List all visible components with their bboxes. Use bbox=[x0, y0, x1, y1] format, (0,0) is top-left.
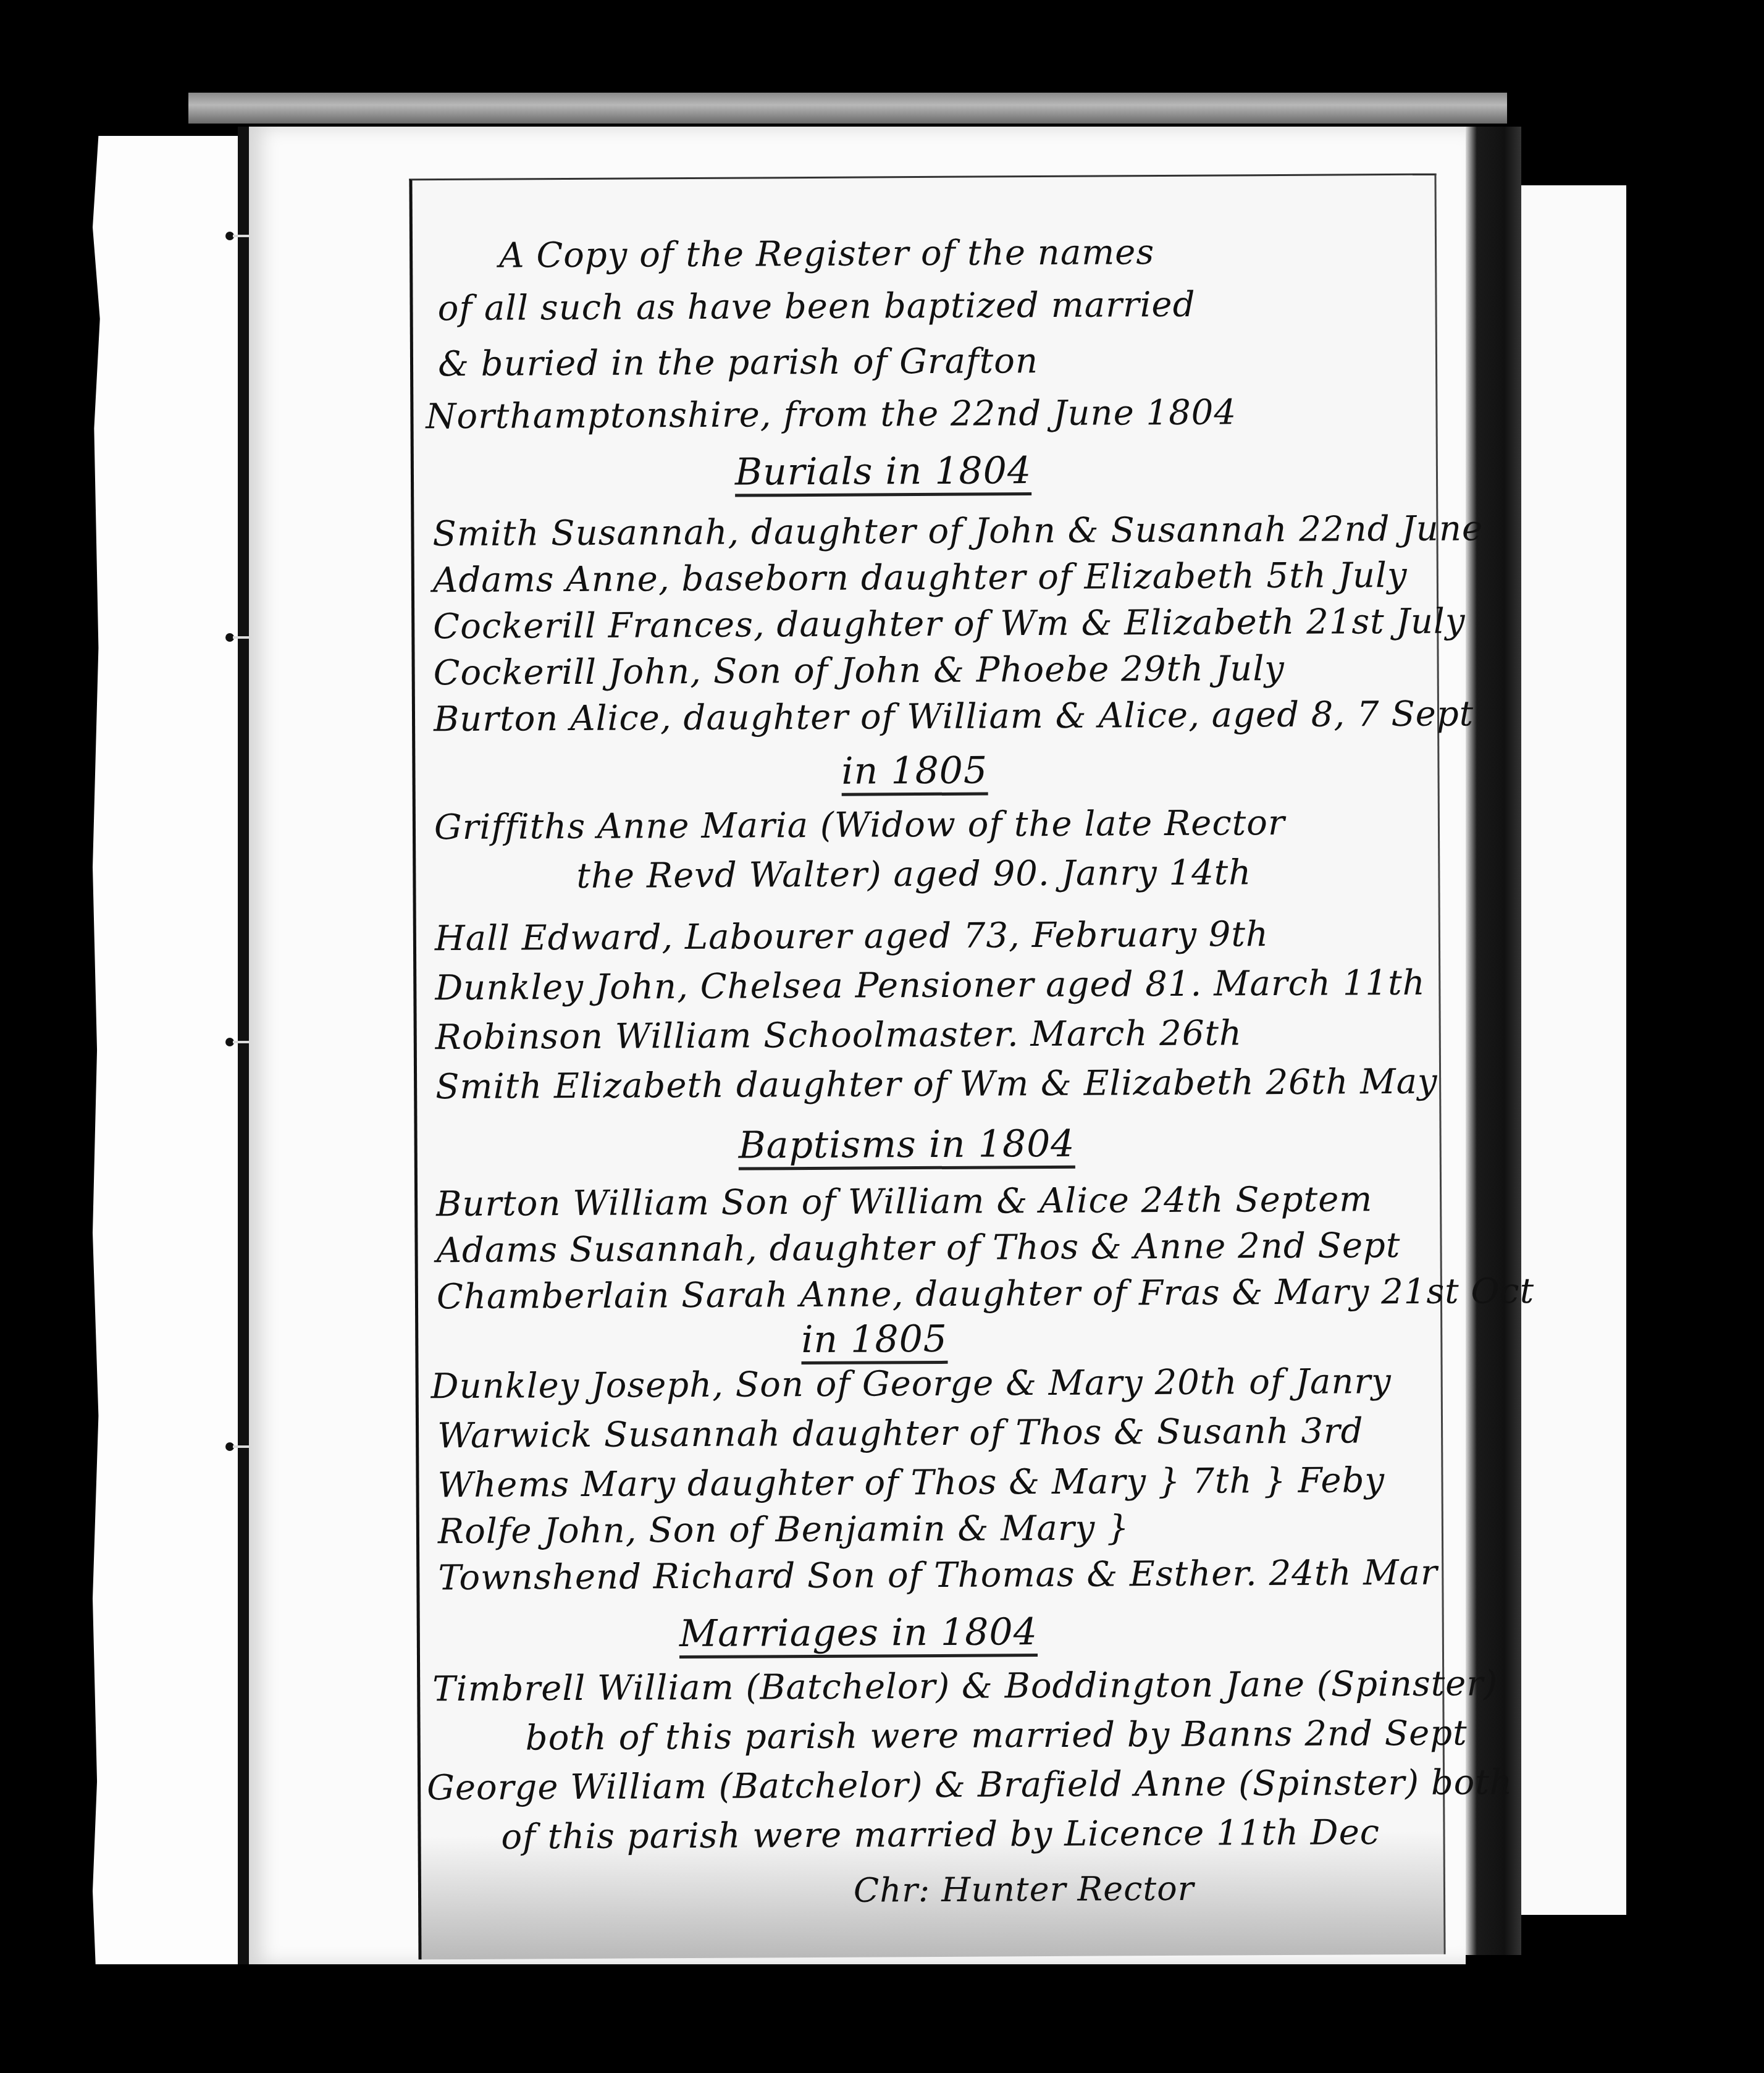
register-entry: Griffiths Anne Maria (Widow of the late … bbox=[434, 803, 1285, 847]
register-entry: the Revd Walter) aged 90. Janry 14th bbox=[576, 852, 1251, 896]
section-heading-burials-1805: in 1805 bbox=[841, 749, 988, 796]
register-entry: Adams Susannah, daughter of Thos & Anne … bbox=[436, 1226, 1400, 1271]
title-line: Northamptonshire, from the 22nd June 180… bbox=[426, 392, 1237, 437]
title-line: of all such as have been baptized marrie… bbox=[437, 285, 1195, 329]
section-heading-marriages-1804: Marriages in 1804 bbox=[679, 1610, 1038, 1659]
register-entry: Warwick Susannah daughter of Thos & Susa… bbox=[437, 1411, 1364, 1456]
title-line: A Copy of the Register of the names bbox=[499, 232, 1154, 276]
register-entry: Hall Edward, Labourer aged 73, February … bbox=[435, 914, 1269, 959]
register-entry: Dunkley John, Chelsea Pensioner aged 81.… bbox=[435, 963, 1426, 1008]
register-sheet: A Copy of the Register of the names of a… bbox=[409, 174, 1445, 1960]
register-entry: Smith Susannah, daughter of John & Susan… bbox=[432, 508, 1483, 554]
register-entry: Smith Elizabeth daughter of Wm & Elizabe… bbox=[435, 1062, 1438, 1107]
rector-signature: Chr: Hunter Rector bbox=[854, 1869, 1195, 1910]
register-entry: of this parish were married by Licence 1… bbox=[501, 1812, 1380, 1857]
register-entry: both of this parish were married by Bann… bbox=[526, 1713, 1468, 1758]
register-entry: Dunkley Joseph, Son of George & Mary 20t… bbox=[431, 1361, 1392, 1407]
title-line: & buried in the parish of Grafton bbox=[438, 341, 1038, 384]
left-page-edge bbox=[93, 136, 238, 1964]
section-heading-burials-1804: Burials in 1804 bbox=[735, 449, 1031, 497]
register-entry: Burton William Son of William & Alice 24… bbox=[436, 1179, 1373, 1224]
register-entry: Timbrell William (Batchelor) & Boddingto… bbox=[432, 1663, 1498, 1709]
register-entry: Adams Anne, baseborn daughter of Elizabe… bbox=[433, 555, 1408, 600]
register-entry: Whems Mary daughter of Thos & Mary } 7th… bbox=[437, 1460, 1385, 1505]
right-page bbox=[1521, 185, 1626, 1915]
register-entry: Rolfe John, Son of Benjamin & Mary } bbox=[438, 1508, 1130, 1552]
register-entry: Townshend Richard Son of Thomas & Esther… bbox=[438, 1553, 1438, 1598]
register-entry: Robinson William Schoolmaster. March 26t… bbox=[435, 1013, 1243, 1058]
register-entry: Chamberlain Sarah Anne, daughter of Fras… bbox=[437, 1271, 1535, 1317]
book-top-edge bbox=[188, 93, 1507, 124]
register-entry: Burton Alice, daughter of William & Alic… bbox=[434, 694, 1474, 739]
section-heading-baptisms-1804: Baptisms in 1804 bbox=[738, 1122, 1075, 1171]
register-entry: Cockerill Frances, daughter of Wm & Eliz… bbox=[433, 601, 1466, 647]
section-heading-baptisms-1805: in 1805 bbox=[801, 1318, 947, 1364]
register-entry: George William (Batchelor) & Brafield An… bbox=[427, 1762, 1513, 1808]
register-entry: Cockerill John, Son of John & Phoebe 29t… bbox=[433, 649, 1285, 693]
